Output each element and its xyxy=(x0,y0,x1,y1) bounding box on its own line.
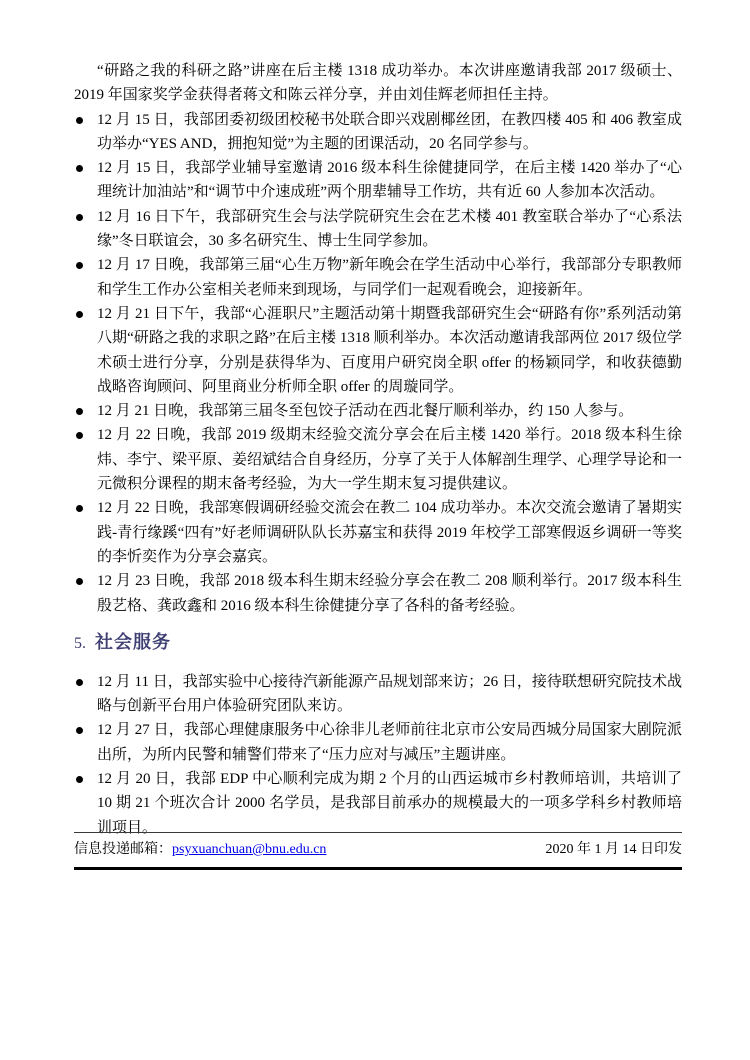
event-item: 12 月 27 日，我部心理健康服务中心徐非儿老师前往北京市公安局西城分局国家大… xyxy=(74,718,682,767)
event-item: 12 月 15 日，我部团委初级团校秘书处联合即兴戏剧椰丝团，在教四楼 405 … xyxy=(74,108,682,157)
bullet-icon xyxy=(76,408,83,415)
bullet-icon xyxy=(76,505,83,512)
section-title: 社会服务 xyxy=(95,632,171,652)
bullet-icon xyxy=(76,117,83,124)
section-heading: 5.社会服务 xyxy=(74,629,682,657)
event-text: 12 月 11 日，我部实验中心接待汽新能源产品规划部来访；26 日，接待联想研… xyxy=(97,674,682,714)
section-number: 5. xyxy=(74,635,86,652)
bullet-icon xyxy=(76,432,83,439)
footer-row: 信息投递邮箱：psyxuanchuan@bnu.edu.cn 2020 年 1 … xyxy=(74,833,682,867)
event-text: 12 月 22 日晚，我部寒假调研经验交流会在教二 104 成功举办。本次交流会… xyxy=(97,500,682,565)
bullet-icon xyxy=(76,727,83,734)
page-footer: 信息投递邮箱：psyxuanchuan@bnu.edu.cn 2020 年 1 … xyxy=(74,832,682,870)
bullet-icon xyxy=(76,311,83,318)
document-page: “研路之我的科研之路”讲座在后主楼 1318 成功举办。本次讲座邀请我部 201… xyxy=(74,59,682,840)
event-text: 12 月 15 日，我部团委初级团校秘书处联合即兴戏剧椰丝团，在教四楼 405 … xyxy=(97,112,682,152)
event-item: 12 月 22 日晚，我部 2019 级期末经验交流分享会在后主楼 1420 举… xyxy=(74,423,682,496)
event-text: 12 月 16 日下午，我部研究生会与法学院研究生会在艺术楼 401 教室联合举… xyxy=(97,209,682,249)
event-text: 12 月 21 日下午，我部“心涯职尺”主题活动第十期暨我部研究生会“研路有你”… xyxy=(97,306,682,395)
footer-email-label: 信息投递邮箱： xyxy=(74,842,172,857)
event-item: 12 月 23 日晚，我部 2018 级本科生期末经验分享会在教二 208 顺利… xyxy=(74,569,682,618)
event-item: 12 月 15 日，我部学业辅导室邀请 2016 级本科生徐健捷同学，在后主楼 … xyxy=(74,156,682,205)
bullet-icon xyxy=(76,262,83,269)
bullet-icon xyxy=(76,578,83,585)
footer-print-date: 2020 年 1 月 14 日印发 xyxy=(546,833,683,867)
event-text: 12 月 20 日，我部 EDP 中心顺利完成为期 2 个月的山西运城市乡村教师… xyxy=(97,771,682,836)
footer-email-link[interactable]: psyxuanchuan@bnu.edu.cn xyxy=(172,842,326,857)
bullet-icon xyxy=(76,165,83,172)
event-text: 12 月 21 日晚，我部第三届冬至包饺子活动在西北餐厅顺利举办，约 150 人… xyxy=(97,403,633,419)
event-text: 12 月 27 日，我部心理健康服务中心徐非儿老师前往北京市公安局西城分局国家大… xyxy=(97,722,682,762)
event-text: 12 月 23 日晚，我部 2018 级本科生期末经验分享会在教二 208 顺利… xyxy=(97,573,682,613)
footer-email: 信息投递邮箱：psyxuanchuan@bnu.edu.cn xyxy=(74,833,326,867)
paragraph-continuation: “研路之我的科研之路”讲座在后主楼 1318 成功举办。本次讲座邀请我部 201… xyxy=(74,59,682,108)
bullet-icon xyxy=(76,679,83,686)
event-item: 12 月 11 日，我部实验中心接待汽新能源产品规划部来访；26 日，接待联想研… xyxy=(74,670,682,719)
event-item: 12 月 16 日下午，我部研究生会与法学院研究生会在艺术楼 401 教室联合举… xyxy=(74,205,682,254)
events-list-section5: 12 月 11 日，我部实验中心接待汽新能源产品规划部来访；26 日，接待联想研… xyxy=(74,670,682,840)
event-text: 12 月 17 日晚，我部第三届“心生万物”新年晚会在学生活动中心举行，我部部分… xyxy=(97,257,682,297)
bullet-icon xyxy=(76,776,83,783)
event-item: 12 月 17 日晚，我部第三届“心生万物”新年晚会在学生活动中心举行，我部部分… xyxy=(74,253,682,302)
event-item: 12 月 20 日，我部 EDP 中心顺利完成为期 2 个月的山西运城市乡村教师… xyxy=(74,767,682,840)
event-item: 12 月 21 日下午，我部“心涯职尺”主题活动第十期暨我部研究生会“研路有你”… xyxy=(74,302,682,399)
event-text: 12 月 15 日，我部学业辅导室邀请 2016 级本科生徐健捷同学，在后主楼 … xyxy=(97,160,682,200)
events-list-section4: 12 月 15 日，我部团委初级团校秘书处联合即兴戏剧椰丝团，在教四楼 405 … xyxy=(74,108,682,618)
bullet-icon xyxy=(76,214,83,221)
footer-bottom-rule xyxy=(74,867,682,870)
event-item: 12 月 21 日晚，我部第三届冬至包饺子活动在西北餐厅顺利举办，约 150 人… xyxy=(74,399,682,423)
event-item: 12 月 22 日晚，我部寒假调研经验交流会在教二 104 成功举办。本次交流会… xyxy=(74,496,682,569)
event-text: 12 月 22 日晚，我部 2019 级期末经验交流分享会在后主楼 1420 举… xyxy=(97,427,682,492)
